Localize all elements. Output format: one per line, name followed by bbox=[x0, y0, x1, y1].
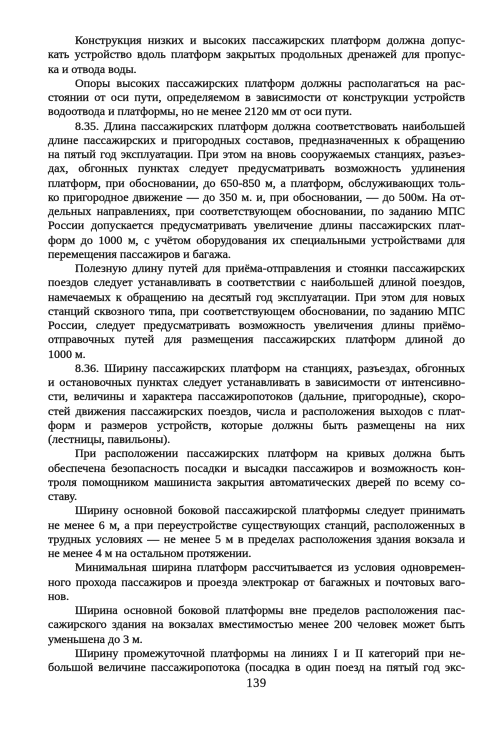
text-line: России, следует предусматривать возможно… bbox=[48, 318, 465, 332]
text-line: на пятый год эксплуатации. При этом на в… bbox=[48, 147, 465, 161]
text-line: большой величине пассажиропотока (посадк… bbox=[48, 660, 465, 674]
text-line: дах, обгонных пунктах следует предусматр… bbox=[48, 161, 465, 175]
text-line: трудных условиях — не менее 5 м в предел… bbox=[48, 532, 465, 546]
text-line: платформ, при обосновании, до 650-850 м,… bbox=[48, 176, 465, 190]
text-line: При расположении пассажирских платформ н… bbox=[48, 446, 465, 460]
text-line: 8.35. Длина пассажирских платформ должна… bbox=[48, 119, 465, 133]
text-line: сажирского здания на вокзалах вместимост… bbox=[48, 617, 465, 631]
text-line: (лестницы, павильоны). bbox=[48, 432, 465, 446]
text-line: 8.36. Ширину пассажирских платформ на ст… bbox=[48, 361, 465, 375]
text-line: дельных направлениях, при соответствующе… bbox=[48, 204, 465, 218]
text-line: длине пассажирских и пригородных составо… bbox=[48, 133, 465, 147]
text-line: ка и отвода воды. bbox=[48, 62, 465, 76]
text-line: ставу. bbox=[48, 489, 465, 503]
text-line: не менее 4 м на остальном протяжении. bbox=[48, 546, 465, 560]
text-line: Ширина основной боковой платформы вне пр… bbox=[48, 603, 465, 617]
text-line: намечаемых к обращению на десятый год эк… bbox=[48, 290, 465, 304]
text-line: ного прохода пассажиров и проезда электр… bbox=[48, 575, 465, 589]
text-line: троля помощником машиниста закрытия авто… bbox=[48, 475, 465, 489]
text-line: и остановочных пунктах следует устанавли… bbox=[48, 375, 465, 389]
text-line: не менее 6 м, а при переустройстве сущес… bbox=[48, 518, 465, 532]
text-line: Ширину промежуточной платформы на линиях… bbox=[48, 646, 465, 660]
scanned-page: Конструкция низких и высоких пассажирски… bbox=[0, 0, 502, 730]
page-number: 139 bbox=[48, 676, 465, 691]
text-line: стей движения пассажирских поездов, числ… bbox=[48, 404, 465, 418]
text-line: ко пригородное движение — до 350 м. и, п… bbox=[48, 190, 465, 204]
text-line: Ширину основной боковой пассажирской пла… bbox=[48, 503, 465, 517]
text-line: отправочных путей для размещения пассажи… bbox=[48, 332, 465, 346]
text-line: 1000 м. bbox=[48, 347, 465, 361]
text-line: кать устройство вдоль платформ закрытых … bbox=[48, 47, 465, 61]
text-line: Конструкция низких и высоких пассажирски… bbox=[48, 33, 465, 47]
text-line: уменьшена до 3 м. bbox=[48, 632, 465, 646]
text-line: Минимальная ширина платформ рассчитывает… bbox=[48, 560, 465, 574]
text-line: сти, величины и характера пассажиропоток… bbox=[48, 389, 465, 403]
text-line: стоянии от оси пути, определяемом в зави… bbox=[48, 90, 465, 104]
text-line: форм и размеров устройств, которые должн… bbox=[48, 418, 465, 432]
text-line: форм до 1000 м, с учётом оборудования их… bbox=[48, 233, 465, 247]
text-line: обеспечена безопасность посадки и высадк… bbox=[48, 461, 465, 475]
text-block: Конструкция низких и высоких пассажирски… bbox=[48, 33, 465, 674]
text-line: Опоры высоких пассажирских платформ долж… bbox=[48, 76, 465, 90]
text-line: поездов следует устанавливать в соответс… bbox=[48, 275, 465, 289]
text-line: России допускается предусматривать увели… bbox=[48, 218, 465, 232]
text-line: водоотвода и платформы, но не менее 2120… bbox=[48, 104, 465, 118]
text-line: Полезную длину путей для приёма-отправле… bbox=[48, 261, 465, 275]
text-line: перемещения пассажиров и багажа. bbox=[48, 247, 465, 261]
text-line: нов. bbox=[48, 589, 465, 603]
text-line: станций сквозного типа, при соответствую… bbox=[48, 304, 465, 318]
